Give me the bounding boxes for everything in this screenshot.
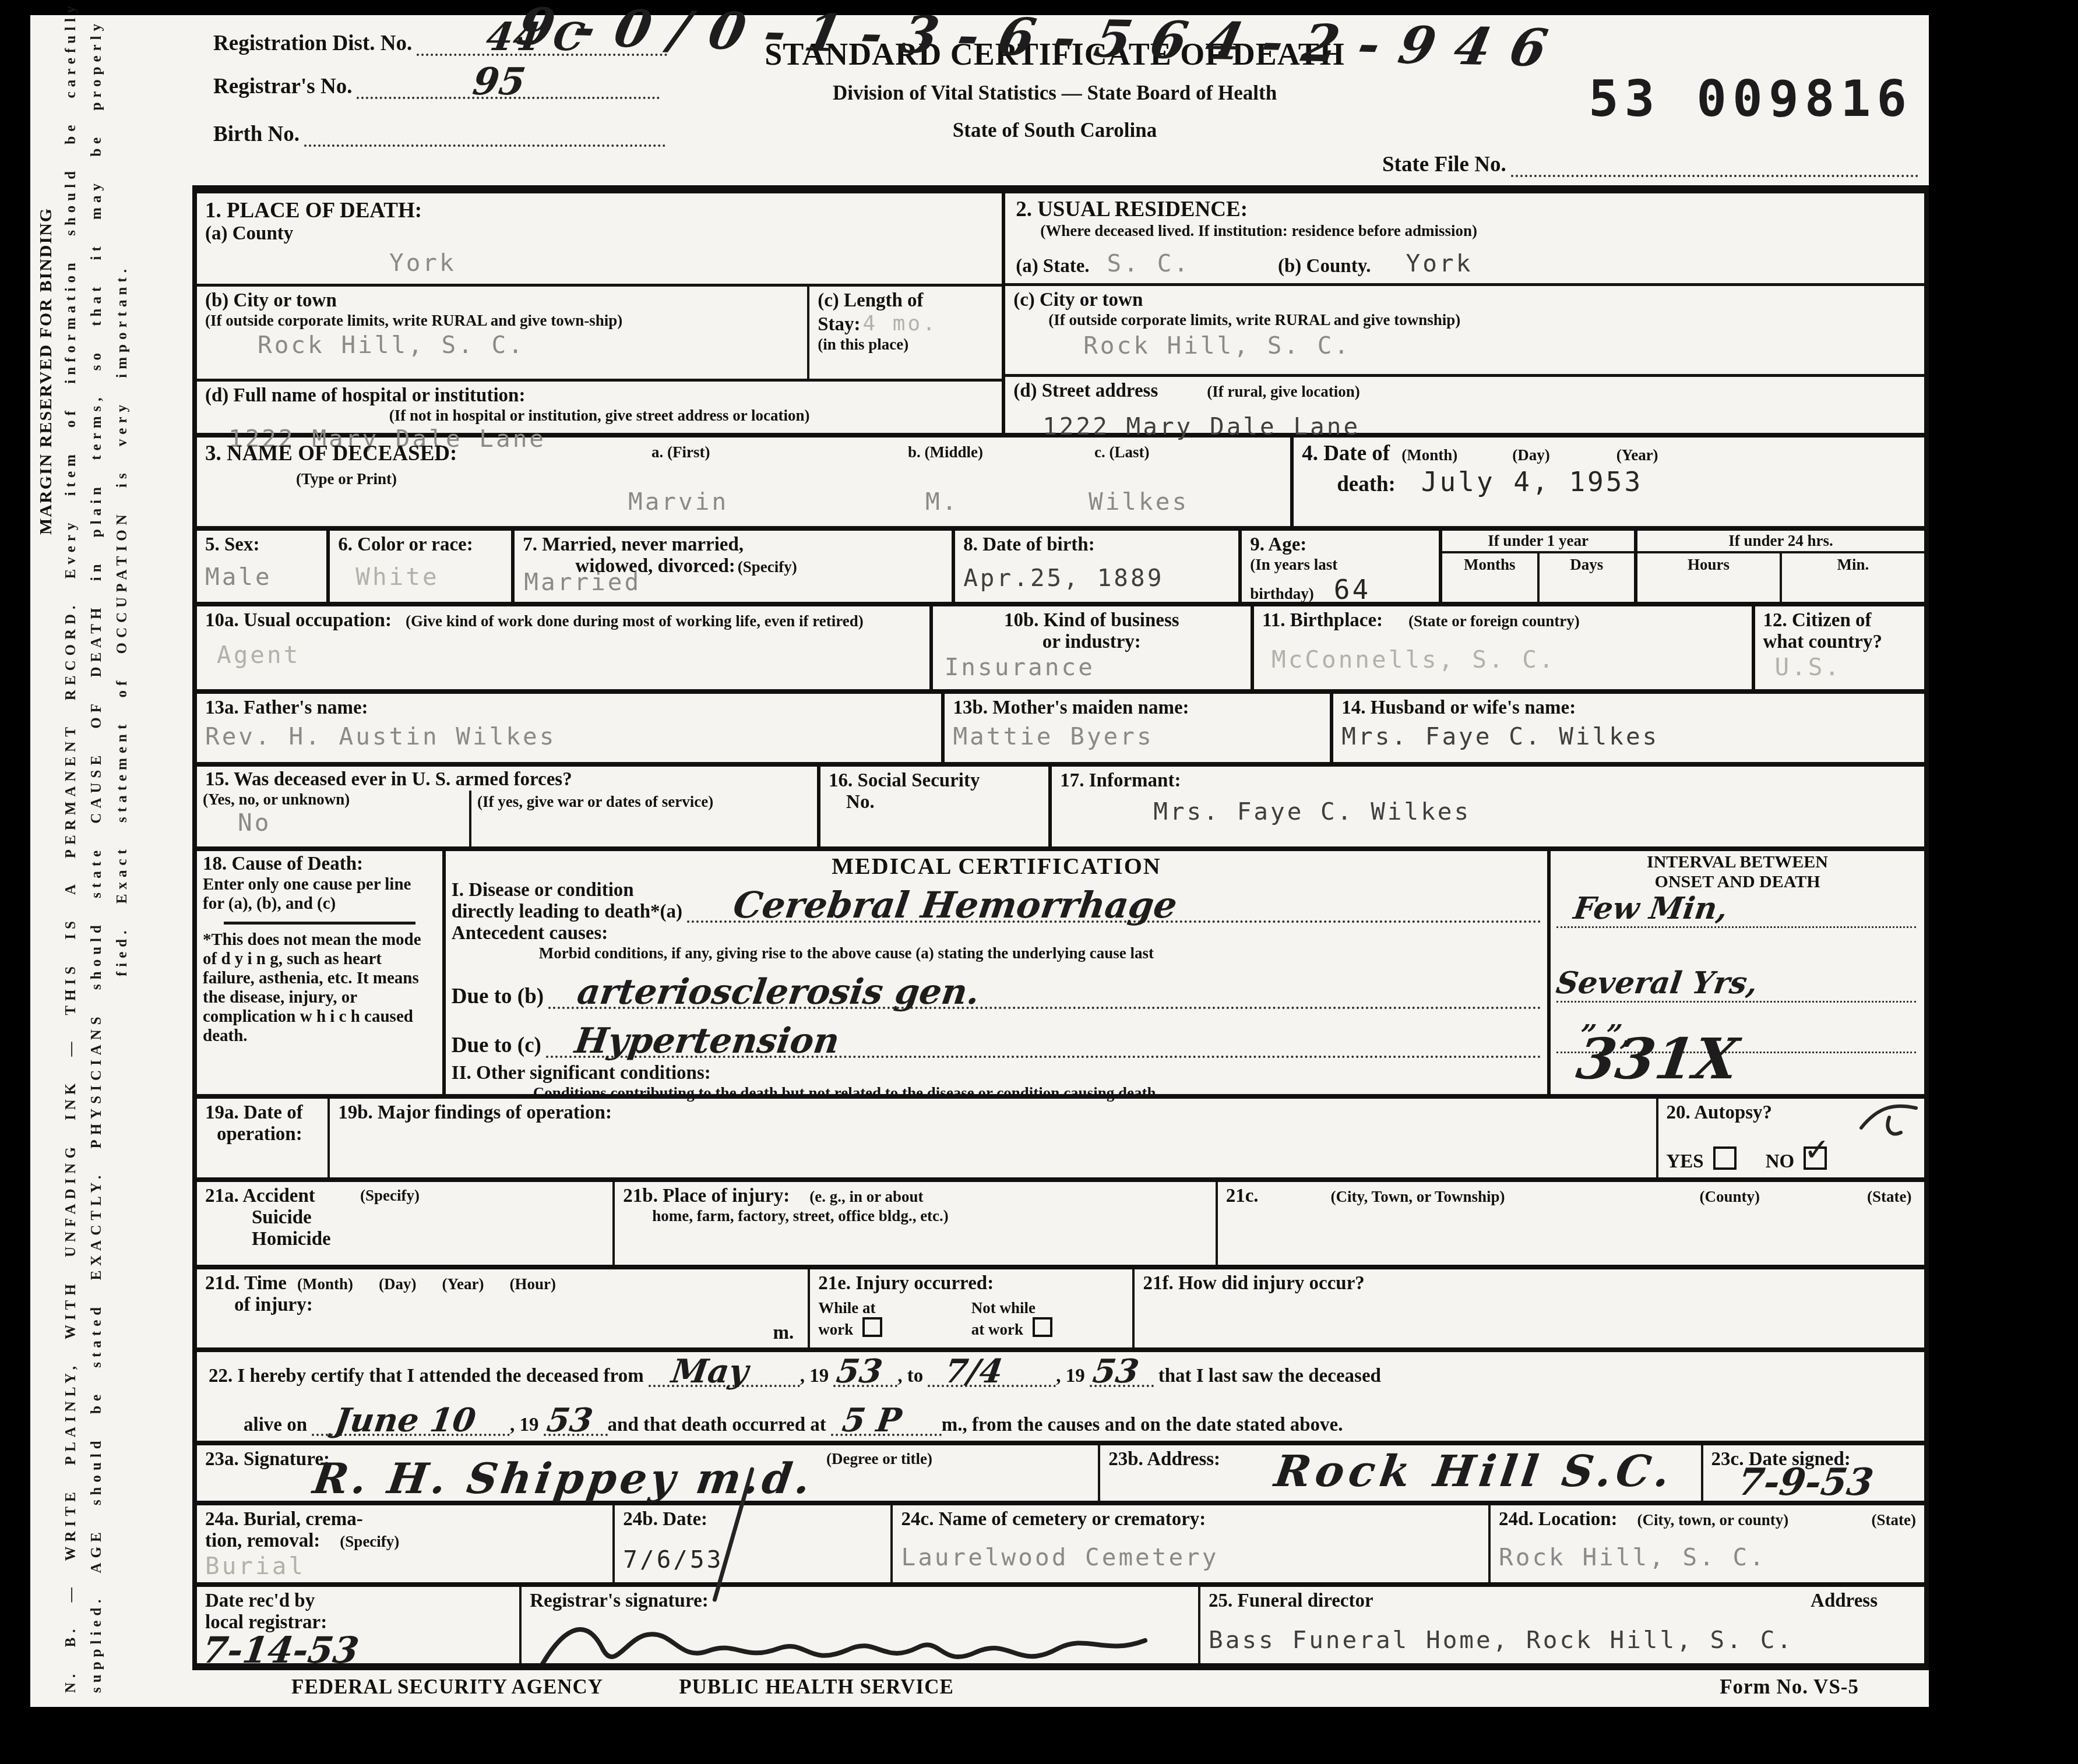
row-occupation: 10a. Usual occupation: (Give kind of wor… xyxy=(197,606,1924,694)
row-place-residence: 1. PLACE OF DEATH: (a) County York (b) C… xyxy=(197,193,1924,438)
marital-label-1: 7. Married, never married, xyxy=(523,534,744,555)
row-name-dod: 3. NAME OF DECEASED: (Type or Print) a. … xyxy=(197,438,1924,531)
state-file-number-stamp: 53 009816 xyxy=(1589,70,1913,128)
date-signed-script: 7-9-53 xyxy=(1735,1460,1876,1504)
informant-label: 17. Informant: xyxy=(1060,770,1916,792)
burial-date-value: 7/6/53 xyxy=(623,1546,882,1574)
physician-signature-cell: 23a. Signature: (Degree or title) R. H. … xyxy=(197,1445,1100,1501)
margin-note-line3: fied. Exact statement of OCCUPATION is v… xyxy=(114,264,131,976)
date-signed-cell: 23c. Date signed: 7-9-53 xyxy=(1703,1445,1924,1501)
business-cell: 10b. Kind of business or industry: Insur… xyxy=(933,606,1254,689)
physician-signature-script: R. H. Shippey m.d. xyxy=(310,1453,817,1503)
name-of-deceased-cell: 3. NAME OF DECEASED: (Type or Print) a. … xyxy=(197,438,1294,526)
row-medical-certification: 18. Cause of Death: Enter only one cause… xyxy=(197,851,1924,1099)
ssn-label-1: 16. Social Security xyxy=(829,770,1040,792)
margin-note-line2: supplied. AGE should be stated EXACTLY. … xyxy=(89,0,105,1693)
age-note-1: (In years last xyxy=(1250,556,1431,574)
certificate-header: 9-0/0-1-3-6-564-2-946 Registration Dist.… xyxy=(192,15,1929,185)
days-label: Days xyxy=(1540,553,1635,602)
age-note-2: birthday) xyxy=(1250,585,1314,602)
margin-binding-text: MARGIN RESERVED FOR BINDING xyxy=(36,207,56,535)
dod-label-2: death: xyxy=(1337,472,1396,496)
physician-address-script: Rock Hill S.C. xyxy=(1272,1447,1678,1497)
forces-note-2: (If yes, give war or dates of service) xyxy=(471,791,817,846)
forces-note-1: (Yes, no, or unknown) xyxy=(203,791,463,809)
marital-value: Married xyxy=(524,568,641,596)
length-of-stay-cell: (c) Length of Stay: 4 mo. (in this place… xyxy=(809,287,1002,379)
ssn-cell: 16. Social Security No. xyxy=(820,767,1052,846)
operation-findings-cell: 19b. Major findings of operation: xyxy=(330,1099,1658,1177)
hours-label: Hours xyxy=(1637,553,1782,602)
birthplace-value: McConnells, S. C. xyxy=(1272,645,1744,673)
cause-a-field: Cerebral Hemorrhage xyxy=(687,887,1541,923)
row-stats: 5. Sex: Male 6. Color or race: White 7. … xyxy=(197,531,1924,606)
homicide-label: Homicide xyxy=(252,1229,604,1250)
injury-m-label: m. xyxy=(773,1322,794,1344)
operation-date-label-2: operation: xyxy=(217,1124,319,1145)
time-of-injury-label-2: of injury: xyxy=(234,1294,799,1316)
race-label: 6. Color or race: xyxy=(338,534,503,556)
dob-cell: 8. Date of birth: Apr.25, 1889 xyxy=(955,531,1242,602)
how-injury-cell: 21f. How did injury occur? xyxy=(1135,1269,1924,1347)
interval-heading-1: INTERVAL BETWEEN xyxy=(1551,852,1924,872)
certify-to-value: 7/4 xyxy=(943,1352,1006,1391)
certify-year-2: 53 xyxy=(1090,1352,1141,1391)
forces-yesno-subcell: (Yes, no, or unknown) No xyxy=(197,791,471,846)
disease-line-1: I. Disease or condition xyxy=(452,880,682,901)
form-footer: FEDERAL SECURITY AGENCY PUBLIC HEALTH SE… xyxy=(192,1675,1929,1699)
residence-city-value: Rock Hill, S. C. xyxy=(1083,331,1916,359)
autopsy-yes-label: YES xyxy=(1667,1151,1704,1172)
state-file-label: State File No. xyxy=(1382,152,1506,177)
place-of-injury-note-2: home, farm, factory, street, office bldg… xyxy=(652,1207,1207,1225)
citizen-label-2: what country? xyxy=(1763,631,1917,653)
time-of-injury-label-1: 21d. Time xyxy=(205,1273,287,1294)
injury-state-note: (State) xyxy=(1867,1188,1911,1205)
business-label-1: 10b. Kind of business xyxy=(941,610,1242,631)
forces-value: No xyxy=(238,809,463,837)
street-address-note: (If rural, give location) xyxy=(1207,383,1359,400)
dod-day-label: (Day) xyxy=(1512,446,1549,464)
accident-specify-note: (Specify) xyxy=(360,1187,420,1205)
residence-city-label: (c) City or town xyxy=(1013,290,1916,311)
hospital-label: (d) Full name of hospital or institution… xyxy=(205,385,994,407)
stay-value: 4 mo. xyxy=(862,312,937,336)
business-value: Insurance xyxy=(945,653,1242,681)
burial-location-note-2: (State) xyxy=(1872,1511,1916,1529)
operation-date-label-1: 19a. Date of xyxy=(205,1102,319,1124)
middle-name-value: M. xyxy=(925,488,959,516)
birth-no-field xyxy=(304,119,665,147)
residence-city-cell: (c) City or town (If outside corporate l… xyxy=(1005,283,1924,374)
burial-label-1: 24a. Burial, crema- xyxy=(205,1509,604,1530)
occupation-note: (Give kind of work done during most of w… xyxy=(406,612,864,630)
address-label: 23b. Address: xyxy=(1108,1449,1220,1470)
injury-city-note: (City, Town, or Township) xyxy=(1331,1188,1505,1205)
certify-text-2: that I last saw the deceased xyxy=(1158,1366,1381,1387)
ssn-label-2: No. xyxy=(846,792,1040,813)
stay-note: (in this place) xyxy=(818,336,994,354)
mother-label: 13b. Mother's maiden name: xyxy=(953,697,1322,719)
age-value: 64 xyxy=(1334,574,1371,605)
certify-19-2: , 19 xyxy=(1056,1366,1085,1387)
injury-occurred-cell: 21e. Injury occurred: While at work Not … xyxy=(810,1269,1135,1347)
cause-heading: 18. Cause of Death: xyxy=(203,853,436,875)
nosology-code-value: 331X xyxy=(1573,1026,1742,1092)
place-of-injury-note-1: (e. g., in or about xyxy=(809,1188,923,1205)
state-file-line: State File No. xyxy=(1382,149,1918,177)
cemetery-label: 24c. Name of cemetery or crematory: xyxy=(901,1509,1480,1530)
row-forces-informant: 15. Was deceased ever in U. S. armed for… xyxy=(197,767,1924,851)
injury-day-note: (Day) xyxy=(379,1275,416,1293)
state-file-block: 53 009816 State File No. xyxy=(1382,76,1918,181)
operation-date-cell: 19a. Date of operation: xyxy=(197,1099,330,1177)
interval-heading-2: ONSET AND DEATH xyxy=(1551,872,1924,892)
residence-county-label: (b) County. xyxy=(1278,256,1371,277)
accident-label: 21a. Accident xyxy=(205,1186,315,1206)
injury-location-label: 21c. xyxy=(1226,1186,1259,1206)
residence-county-value: York xyxy=(1406,249,1473,277)
date-received-script: 7-14-53 xyxy=(200,1629,361,1670)
dod-month-label: (Month) xyxy=(1401,446,1457,464)
usual-residence-note: (Where deceased lived. If institution: r… xyxy=(1005,222,1924,240)
occupation-label: 10a. Usual occupation: xyxy=(205,610,392,631)
mother-value: Mattie Byers xyxy=(953,722,1322,750)
place-of-injury-label: 21b. Place of injury: xyxy=(623,1186,790,1206)
sex-value: Male xyxy=(205,563,318,591)
certificate-state: State of South Carolina xyxy=(705,119,1404,142)
usual-residence-heading: 2. USUAL RESIDENCE: xyxy=(1005,193,1924,222)
row-injury-2: 21d. Time (Month) (Day) (Year) (Hour) of… xyxy=(197,1269,1924,1352)
name-heading: 3. NAME OF DECEASED: xyxy=(205,442,457,465)
certify-from-value: May xyxy=(669,1352,751,1391)
injury-hour-note: (Hour) xyxy=(509,1275,555,1293)
burial-location-value: Rock Hill, S. C. xyxy=(1499,1543,1916,1571)
interval-column: INTERVAL BETWEEN ONSET AND DEATH Few Min… xyxy=(1551,851,1924,1094)
time-of-injury-cell: 21d. Time (Month) (Day) (Year) (Hour) of… xyxy=(197,1269,810,1347)
autopsy-no-label: NO xyxy=(1766,1151,1795,1172)
under-1-year-label: If under 1 year xyxy=(1442,531,1634,553)
citizen-cell: 12. Citizen of what country? U.S. xyxy=(1755,606,1925,689)
certify-year-1: 53 xyxy=(834,1352,885,1391)
row-registrar: Date rec'd by local registrar: 7-14-53 R… xyxy=(197,1587,1924,1663)
cause-of-death-sidebar: 18. Cause of Death: Enter only one cause… xyxy=(197,851,446,1094)
months-label: Months xyxy=(1442,553,1540,602)
row-operation-autopsy: 19a. Date of operation: 19b. Major findi… xyxy=(197,1099,1924,1182)
place-of-injury-cell: 21b. Place of injury: (e. g., in or abou… xyxy=(615,1182,1217,1265)
birthplace-cell: 11. Birthplace: (State or foreign countr… xyxy=(1254,606,1755,689)
row-family: 13a. Father's name: Rev. H. Austin Wilke… xyxy=(197,694,1924,767)
physician-address-cell: 23b. Address: Rock Hill S.C. xyxy=(1100,1445,1703,1501)
certify-alive-value: June 10 xyxy=(332,1401,478,1440)
certificate-subtitle: Division of Vital Statistics — State Boa… xyxy=(705,82,1404,105)
dob-label: 8. Date of birth: xyxy=(963,534,1230,556)
father-value: Rev. H. Austin Wilkes xyxy=(205,722,933,750)
burial-location-label: 24d. Location: xyxy=(1499,1509,1618,1530)
funeral-director-cell: 25. Funeral director Address Bass Funera… xyxy=(1200,1587,1924,1663)
first-name-value: Marvin xyxy=(628,488,728,516)
registrar-signature-cell: Registrar's signature: xyxy=(522,1587,1200,1663)
autopsy-yes-checkbox xyxy=(1713,1146,1737,1170)
registration-district-label: Registration Dist. No. xyxy=(213,31,412,56)
injury-month-note: (Month) xyxy=(297,1275,353,1293)
dod-label-1: 4. Date of xyxy=(1302,442,1390,465)
while-at-work-checkbox xyxy=(862,1317,882,1337)
registrar-signature-script xyxy=(533,1615,1163,1670)
autopsy-no-checkbox: ✓ xyxy=(1804,1146,1827,1170)
injury-year-note: (Year) xyxy=(442,1275,484,1293)
marital-cell: 7. Married, never married, widowed, divo… xyxy=(515,531,955,602)
burial-value: Burial xyxy=(205,1552,604,1580)
due-b-value: arteriosclerosis gen. xyxy=(575,972,982,1012)
dob-value: Apr.25, 1889 xyxy=(963,564,1230,592)
under-24-label: If under 24 hrs. xyxy=(1637,531,1924,553)
funeral-address-label: Address xyxy=(1811,1590,1878,1612)
sex-cell: 5. Sex: Male xyxy=(197,531,330,602)
date-of-death-cell: 4. Date of (Month) (Day) (Year) death: J… xyxy=(1294,438,1924,526)
residence-state-label: (a) State. xyxy=(1016,256,1089,277)
due-b-label: Due to (b) xyxy=(452,984,544,1009)
disease-line-2: directly leading to death*(a) xyxy=(452,901,682,923)
due-c-label: Due to (c) xyxy=(452,1033,541,1058)
funeral-director-value: Bass Funeral Home, Rock Hill, S. C. xyxy=(1209,1626,1916,1654)
medical-certification-heading: MEDICAL CERTIFICATION xyxy=(452,852,1541,880)
last-name-label: c. (Last) xyxy=(1094,443,1149,461)
hospital-note: (If not in hospital or institution, give… xyxy=(205,407,994,425)
last-name-value: Wilkes xyxy=(1089,488,1189,516)
certify-text-1: 22. I hereby certify that I attended the… xyxy=(209,1366,644,1387)
autopsy-label: 20. Autopsy? xyxy=(1667,1102,1773,1123)
due-c-value: Hypertension xyxy=(572,1021,842,1061)
city-of-death-cell: (b) City or town (If outside corporate l… xyxy=(197,287,809,379)
operation-findings-label: 19b. Major findings of operation: xyxy=(338,1102,612,1123)
under-24-hrs-group: If under 24 hrs. Hours Min. xyxy=(1637,531,1924,602)
middle-name-label: b. (Middle) xyxy=(908,443,983,461)
while-at-work-label-1: While at xyxy=(818,1299,971,1317)
interval-a-value: Few Min, xyxy=(1572,891,1730,926)
race-cell: 6. Color or race: White xyxy=(330,531,515,602)
street-address-cell: (d) Street address (If rural, give locat… xyxy=(1005,374,1924,444)
margin-note-line1: N. B. — WRITE PLAINLY, WITH UNFADING INK… xyxy=(63,1,79,1693)
birth-no-label: Birth No. xyxy=(213,122,300,147)
burial-date-label: 24b. Date: xyxy=(623,1509,882,1530)
business-label-2: or industry: xyxy=(941,631,1242,653)
not-while-label-2: at work xyxy=(971,1321,1023,1338)
accident-suicide-cell: 21a. Accident (Specify) Suicide Homicide xyxy=(197,1182,615,1265)
certify-hour-value: 5 P xyxy=(840,1401,904,1440)
burial-label-2: tion, removal: xyxy=(205,1530,320,1551)
other-conditions-label: II. Other significant conditions: xyxy=(452,1063,1541,1084)
certify-19-3: , 19 xyxy=(510,1414,539,1436)
state-file-field xyxy=(1511,149,1918,177)
county-label: (a) County xyxy=(205,223,293,244)
row-burial: 24a. Burial, crema- tion, removal: (Spec… xyxy=(197,1505,1924,1587)
usual-residence-section: 2. USUAL RESIDENCE: (Where deceased live… xyxy=(1005,193,1924,433)
footer-form-no: Form No. VS-5 xyxy=(1720,1675,1859,1699)
date-received-label-1: Date rec'd by xyxy=(205,1590,511,1612)
citizen-label-1: 12. Citizen of xyxy=(1763,610,1917,631)
suicide-label: Suicide xyxy=(252,1207,604,1229)
burial-date-cell: 24b. Date: 7/6/53 xyxy=(615,1505,893,1582)
stay-label-1: (c) Length of xyxy=(818,290,994,312)
birthplace-label: 11. Birthplace: xyxy=(1262,610,1383,631)
cause-a-value: Cerebral Hemorrhage xyxy=(731,884,1180,926)
under-1-year-group: If under 1 year Months Days xyxy=(1442,531,1637,602)
residence-city-note: (If outside corporate limits, write RURA… xyxy=(1048,311,1916,329)
spouse-cell: 14. Husband or wife's name: Mrs. Faye C.… xyxy=(1333,694,1924,762)
burial-location-note-1: (City, town, or county) xyxy=(1637,1511,1789,1529)
place-of-death-section: 1. PLACE OF DEATH: (a) County York (b) C… xyxy=(197,193,1005,433)
forces-label: 15. Was deceased ever in U. S. armed for… xyxy=(197,767,817,791)
certify-text-3: alive on xyxy=(244,1414,307,1436)
medical-certification-body: MEDICAL CERTIFICATION I. Disease or cond… xyxy=(446,851,1551,1094)
street-address-value: 1222 Mary Dale Lane xyxy=(1042,412,1916,440)
burial-specify-note: (Specify) xyxy=(340,1533,399,1550)
registrar-no-label: Registrar's No. xyxy=(213,74,352,99)
while-at-work-label-2: work xyxy=(818,1321,853,1338)
father-cell: 13a. Father's name: Rev. H. Austin Wilke… xyxy=(197,694,945,762)
birth-no-line: Birth No. xyxy=(213,119,773,147)
city-of-death-note: (If outside corporate limits, write RURA… xyxy=(205,312,799,330)
registrar-no-field: 95 xyxy=(357,71,660,99)
registrar-signature-label: Registrar's signature: xyxy=(530,1590,1190,1612)
race-value: White xyxy=(355,563,503,591)
name-subnote: (Type or Print) xyxy=(296,470,397,488)
spouse-label: 14. Husband or wife's name: xyxy=(1341,697,1916,719)
marital-specify: (Specify) xyxy=(738,558,797,576)
cause-note-2: *This does not mean the mode of d y i n … xyxy=(203,930,436,1046)
first-name-label: a. (First) xyxy=(651,443,710,461)
not-while-label-1: Not while xyxy=(971,1299,1125,1317)
age-cell: 9. Age: (In years last birthday) 64 xyxy=(1242,531,1442,602)
county-value: York xyxy=(389,249,456,277)
informant-cell: 17. Informant: Mrs. Faye C. Wilkes xyxy=(1052,767,1924,846)
due-c-field: Hypertension xyxy=(546,1026,1541,1058)
burial-type-cell: 24a. Burial, crema- tion, removal: (Spec… xyxy=(197,1505,615,1582)
dod-value: July 4, 1953 xyxy=(1421,466,1643,498)
occupation-value: Agent xyxy=(217,641,921,669)
certify-to-text: , to xyxy=(897,1366,923,1387)
birthplace-note: (State or foreign country) xyxy=(1408,612,1580,630)
street-address-label: (d) Street address xyxy=(1013,380,1158,401)
cause-note-1: Enter only one cause per line for (a), (… xyxy=(203,875,436,913)
occupation-cell: 10a. Usual occupation: (Give kind of wor… xyxy=(197,606,933,689)
injury-county-note: (County) xyxy=(1700,1188,1760,1205)
place-of-death-heading: 1. PLACE OF DEATH: xyxy=(197,193,1002,223)
certify-year-3: 53 xyxy=(544,1401,595,1440)
degree-note: (Degree or title) xyxy=(826,1450,932,1468)
funeral-director-label: 25. Funeral director xyxy=(1209,1590,1373,1611)
row-physician-signature: 23a. Signature: (Degree or title) R. H. … xyxy=(197,1445,1924,1505)
morbid-note: Morbid conditions, if any, giving rise t… xyxy=(539,944,1541,962)
certify-19-1: , 19 xyxy=(800,1366,829,1387)
age-label: 9. Age: xyxy=(1250,534,1431,556)
date-received-cell: Date rec'd by local registrar: 7-14-53 xyxy=(197,1587,522,1663)
footer-service: PUBLIC HEALTH SERVICE xyxy=(679,1675,954,1699)
footer-agency: FEDERAL SECURITY AGENCY xyxy=(291,1675,603,1699)
injury-location-cell: 21c. (City, Town, or Township) (County) … xyxy=(1218,1182,1924,1265)
cemetery-cell: 24c. Name of cemetery or crematory: Laur… xyxy=(893,1505,1491,1582)
autopsy-pen-flourish xyxy=(1855,1100,1919,1141)
armed-forces-cell: 15. Was deceased ever in U. S. armed for… xyxy=(197,767,820,846)
autopsy-cell: 20. Autopsy? YES NO ✓ xyxy=(1658,1099,1924,1177)
row-certify-statement: 22. I hereby certify that I attended the… xyxy=(197,1352,1924,1445)
father-label: 13a. Father's name: xyxy=(205,697,933,719)
how-injury-label: 21f. How did injury occur? xyxy=(1143,1273,1364,1294)
autopsy-no-checkmark: ✓ xyxy=(1804,1131,1830,1168)
residence-state-value: S. C. xyxy=(1107,249,1191,277)
citizen-value: U.S. xyxy=(1775,653,1917,681)
certificate-scan: MARGIN RESERVED FOR BINDING N. B. — WRIT… xyxy=(30,15,1929,1707)
min-label: Min. xyxy=(1782,553,1924,602)
city-of-death-value: Rock Hill, S. C. xyxy=(258,331,799,359)
certify-text-5: m., from the causes and on the date stat… xyxy=(942,1414,1343,1436)
registrar-no-line: Registrar's No. 95 xyxy=(213,71,773,99)
certify-text-4: and that death occurred at xyxy=(608,1414,826,1436)
cemetery-value: Laurelwood Cemetery xyxy=(901,1543,1480,1571)
stay-label-2: Stay: xyxy=(818,314,860,335)
city-of-death-label: (b) City or town xyxy=(205,290,799,312)
interval-b-value: Several Yrs, xyxy=(1554,965,1760,1001)
registrar-no-value: 95 xyxy=(470,60,529,104)
dod-year-label: (Year) xyxy=(1616,446,1658,464)
due-b-field: arteriosclerosis gen. xyxy=(548,978,1541,1009)
burial-location-cell: 24d. Location: (City, town, or county) (… xyxy=(1491,1505,1924,1582)
mother-cell: 13b. Mother's maiden name: Mattie Byers xyxy=(945,694,1333,762)
certificate-form: 1. PLACE OF DEATH: (a) County York (b) C… xyxy=(192,185,1929,1670)
signature-label: 23a. Signature: xyxy=(205,1449,330,1470)
not-while-checkbox xyxy=(1033,1317,1052,1337)
spouse-value: Mrs. Faye C. Wilkes xyxy=(1341,722,1916,750)
informant-value: Mrs. Faye C. Wilkes xyxy=(1153,798,1916,825)
injury-occurred-label: 21e. Injury occurred: xyxy=(818,1273,1124,1294)
sex-label: 5. Sex: xyxy=(205,534,318,556)
row-injury-1: 21a. Accident (Specify) Suicide Homicide… xyxy=(197,1182,1924,1269)
